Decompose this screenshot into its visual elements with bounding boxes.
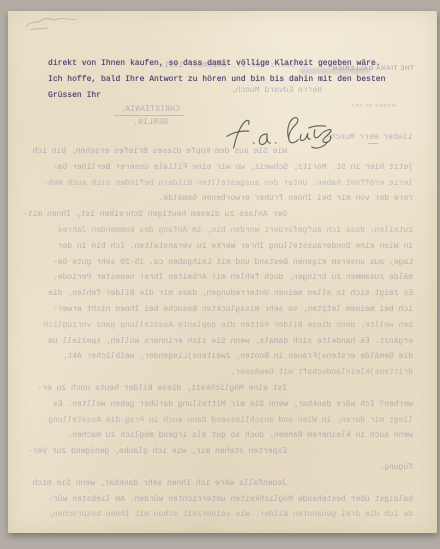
bleed-body-line: zuteilen, dass ich aufgefordert worden b… xyxy=(33,223,413,239)
letter-paper: THE TIANA GALLERIEN WORKS OF ART ST. MOR… xyxy=(8,11,437,533)
bleed-recipient-line3: BERLIN. xyxy=(124,118,168,128)
bleed-recipient-underline xyxy=(114,115,184,116)
bleed-recipient-name: Herrn Edvard Munch, xyxy=(214,86,322,96)
bleed-body-line: Lage, aus unserem eigenen Bestand und mi… xyxy=(33,255,413,271)
bleed-body-line: Ist eine Möglichkeit, diese Bilder heute… xyxy=(33,381,413,397)
bleed-body-line: jetzt hier in St. Moritz, Schweiz, wo wi… xyxy=(33,160,413,176)
bleed-body-line: in Wien eine Sonderausstellung Ihrer Wer… xyxy=(33,239,413,255)
bleed-body-line: baldigst über bestehende Möglichkeiten u… xyxy=(33,492,413,508)
bleed-body-line: ergänzt. Es handelte sich damals, wenn S… xyxy=(33,334,413,350)
bleed-body-line: wenn auch in kleinerem Rahmen, doch so g… xyxy=(33,428,413,444)
typed-closing: Grüssen Ihr xyxy=(48,91,101,101)
bleed-body-line: de ich die drei genannten Bilder, wie se… xyxy=(33,507,413,523)
bleed-body-line: Jedenfalls wäre ich Ihnen sehr dankbar, … xyxy=(33,476,413,492)
bleed-body-line: Wie Sie aus dem Kopfe dieses Briefes ers… xyxy=(33,144,413,160)
bleed-body-line: drittens)Kleinlandschaft mit Gewässer. xyxy=(33,365,413,381)
bleed-body-line: Es zeigt sich in allen meinen Unterredun… xyxy=(33,286,413,302)
bleed-salutation: Lieber Herr Munch! xyxy=(320,133,412,143)
bleed-body-line: rere der von mir bei Ihnen früher erworb… xyxy=(33,191,413,207)
bleed-body-line: liegt mir daran, in Wien und anschliesse… xyxy=(33,413,413,429)
typed-line-2: Ich hoffe, bald Ihre Antwort zu hören un… xyxy=(48,75,385,85)
bleed-body-line: fügung. xyxy=(33,460,413,476)
scanned-letter-photo: { "page": { "background_color": "#b2aca4… xyxy=(0,0,440,549)
typed-line-1: direkt von Ihnen kaufen, so dass damit v… xyxy=(48,59,381,69)
bleed-body-line: ben wollte, denn diese Bilder hätten die… xyxy=(33,318,413,334)
bleed-recipient-city: CHRISTIANIA, xyxy=(118,105,180,115)
bleed-body-line: mälde zusammen zu bringen, doch fehlen m… xyxy=(33,270,413,286)
bleed-body-line: ich bei meinem letzten, so sehr missglüc… xyxy=(33,302,413,318)
bleed-body-line: lerie eröffnet haben. Unter den ausgeste… xyxy=(33,176,413,192)
bleed-body-line: die Gemälde erstens)Frauen in Booten, zw… xyxy=(33,349,413,365)
bleed-body-line: werben? Ich wäre dankbar, wenn Sie mir M… xyxy=(33,397,413,413)
pencil-scribble xyxy=(24,13,84,33)
bleed-body: Wie Sie aus dem Kopfe dieses Briefes ers… xyxy=(33,144,413,523)
bleed-letterhead-line2: WORKS OF ART xyxy=(326,103,420,109)
bleed-body-line: Der Anlass zu diesem heutigen Schreiben … xyxy=(33,207,413,223)
bleed-body-line: Experten stehen mir, wie ich glaube, gen… xyxy=(33,444,413,460)
